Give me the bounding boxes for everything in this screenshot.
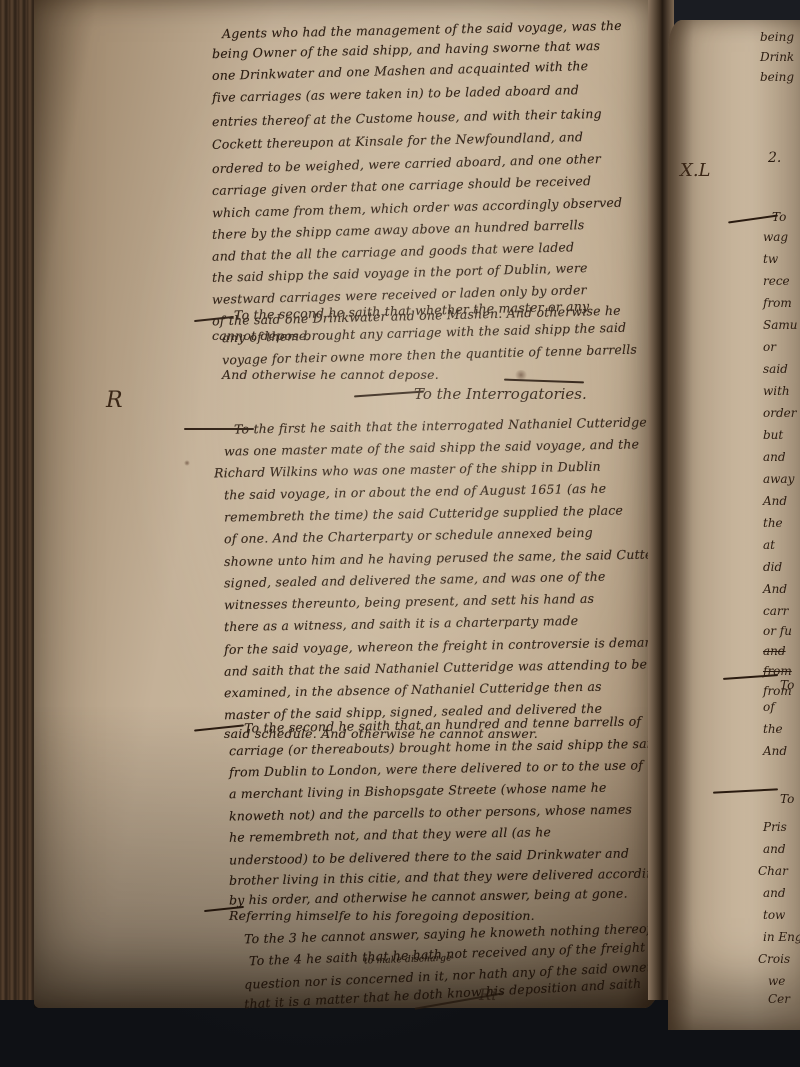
text-line: he remembreth not, and that they were al… [229, 824, 551, 845]
text-fragment: away [763, 472, 794, 486]
text-fragment: or [763, 340, 776, 354]
text-fragment: Pris [763, 820, 787, 834]
paragraph-flourish [194, 316, 234, 322]
text-fragment: carr [763, 604, 788, 618]
text-fragment: To [780, 678, 794, 692]
interlineation: to make discharge [364, 953, 452, 966]
text-line: the said shipp the said voyage in the po… [212, 260, 588, 285]
text-line: Agents who had the management of the sai… [222, 18, 622, 41]
text-fragment: And [763, 494, 787, 508]
text-line: Referring himselfe to his foregoing depo… [229, 908, 535, 923]
photo-scene: R Agents who had the management of the s… [0, 0, 800, 1067]
paragraph-flourish [184, 428, 254, 430]
section-heading: To the Interrogatories. [414, 385, 587, 403]
text-fragment: And [763, 582, 787, 596]
text-line: To the first he saith that the interroga… [234, 414, 647, 436]
text-fragment: Crois [758, 952, 790, 966]
text-line: of one. And the Charterparty or schedule… [224, 525, 593, 546]
text-line: from Dublin to London, were there delive… [229, 757, 643, 779]
text-line: for the said voyage, whereon the freight… [224, 634, 677, 657]
text-line: ordered to be weighed, were carried aboa… [212, 151, 601, 176]
paragraph-flourish [204, 906, 244, 912]
right-page-fragment: being Drink being 2. X.L To wag tw rece … [668, 20, 800, 1030]
text-line: To the second he saith that whether the … [234, 298, 590, 322]
text-line: master of the said shipp, signed, sealed… [224, 701, 602, 723]
text-line: any of them brought any carriage with th… [222, 320, 627, 346]
text-line: by his order, and otherwise he cannot an… [229, 886, 628, 908]
text-line: showne unto him and he having perused th… [224, 546, 687, 569]
paragraph-flourish [728, 215, 778, 224]
text-fragment: the [763, 722, 783, 736]
text-fragment: To [780, 792, 794, 806]
text-fragment: and [763, 842, 786, 856]
text-line: knoweth not) and the parcells to other p… [229, 801, 632, 823]
text-fragment: or fu [763, 624, 792, 638]
text-line: To the 4 he saith that he hath not recei… [249, 939, 662, 968]
text-line: brother living in this citie, and that t… [229, 865, 674, 888]
text-line: entries thereof at the Custome house, an… [212, 106, 602, 129]
text-fragment: And [763, 744, 787, 758]
text-line: of the said one Drinkwater and one Mashe… [212, 303, 621, 329]
text-fragment: Cer [768, 992, 790, 1006]
text-fragment: in Eng [763, 930, 800, 944]
text-fragment: tw [763, 252, 778, 266]
margin-initial-mark: R [106, 388, 123, 413]
ink-spot [184, 460, 190, 466]
text-fragment: wag [763, 230, 788, 244]
text-line: there as a witness, and saith it is a ch… [224, 613, 579, 634]
section-number: 2. [768, 150, 781, 166]
text-line: and saith that the said Nathaniel Cutter… [224, 656, 647, 678]
signature-flourish [415, 992, 504, 1010]
text-fragment: at [763, 538, 775, 552]
text-fragment: from [763, 296, 792, 310]
text-line: cannot depose. [212, 328, 311, 343]
text-fragment: of [763, 700, 775, 714]
text-fragment: and [763, 644, 786, 658]
text-fragment: and [763, 450, 786, 464]
left-page: R Agents who had the management of the s… [34, 0, 662, 1008]
text-line: and that the all the carriage and goods … [212, 239, 575, 263]
text-fragment: tow [763, 908, 785, 922]
text-line: To the second he saith that an hundred a… [244, 714, 641, 736]
text-line: one Drinkwater and one Mashen and acquai… [212, 58, 589, 83]
text-fragment: To [772, 210, 786, 224]
text-fragment: with [763, 384, 790, 398]
text-fragment: and [763, 886, 786, 900]
ink-stain [514, 370, 528, 380]
signature-mark: Ri [479, 985, 497, 1004]
text-line: examined, in the absence of Nathaniel Cu… [224, 679, 602, 701]
text-line: there by the shipp came away above an hu… [212, 217, 585, 242]
text-line: understood) to be delivered there to the… [229, 846, 629, 868]
text-line: voyage for their owne more then the quan… [222, 342, 637, 368]
text-line: Cockett thereupon at Kinsale for the New… [212, 129, 583, 152]
text-fragment: did [763, 560, 782, 574]
text-line: remembreth the time) the said Cutteridge… [224, 503, 623, 525]
text-line: Richard Wilkins who was one master of th… [214, 459, 601, 481]
text-fragment: order [763, 406, 796, 420]
text-line: signed, sealed and delivered the same, a… [224, 569, 606, 591]
text-line: was one master mate of the said shipp th… [224, 436, 639, 458]
text-line: five carriages (as were taken in) to be … [212, 82, 579, 105]
paragraph-flourish [713, 788, 778, 793]
text-line: said schedule. And otherwise he cannot a… [224, 726, 538, 741]
text-fragment: but [763, 428, 783, 442]
text-fragment: Char [758, 864, 788, 878]
paragraph-flourish [194, 724, 244, 731]
margin-mark: X.L [680, 160, 711, 181]
text-line: witnesses thereunto, being present, and … [224, 591, 594, 612]
text-fragment: rece [763, 274, 790, 288]
text-line: And otherwise he cannot depose. [222, 367, 439, 382]
text-fragment: the [763, 516, 783, 530]
text-line: the said voyage, in or about the end of … [224, 481, 607, 503]
text-line: that it is a matter that he doth know hi… [244, 976, 642, 1012]
text-fragment: said [763, 362, 788, 376]
text-line: being Owner of the said shipp, and havin… [212, 38, 600, 61]
text-fragment: we [768, 974, 785, 988]
text-line: which came from them, which order was ac… [212, 195, 623, 221]
text-fragment: Drink [760, 50, 794, 64]
text-fragment: being [760, 70, 794, 84]
text-line: To the 3 he cannot answer, saying he kno… [244, 921, 656, 947]
text-line: carriage given order that one carriage s… [212, 173, 592, 198]
text-line: westward carriages were received or lade… [212, 282, 587, 307]
text-fragment: Samu [763, 318, 797, 332]
text-line: a merchant living in Bishopsgate Streete… [229, 780, 607, 802]
text-fragment: being [760, 30, 794, 44]
heading-flourish [354, 391, 424, 398]
heading-flourish [504, 379, 584, 384]
text-line: carriage (or thereabouts) brought home i… [229, 735, 709, 758]
